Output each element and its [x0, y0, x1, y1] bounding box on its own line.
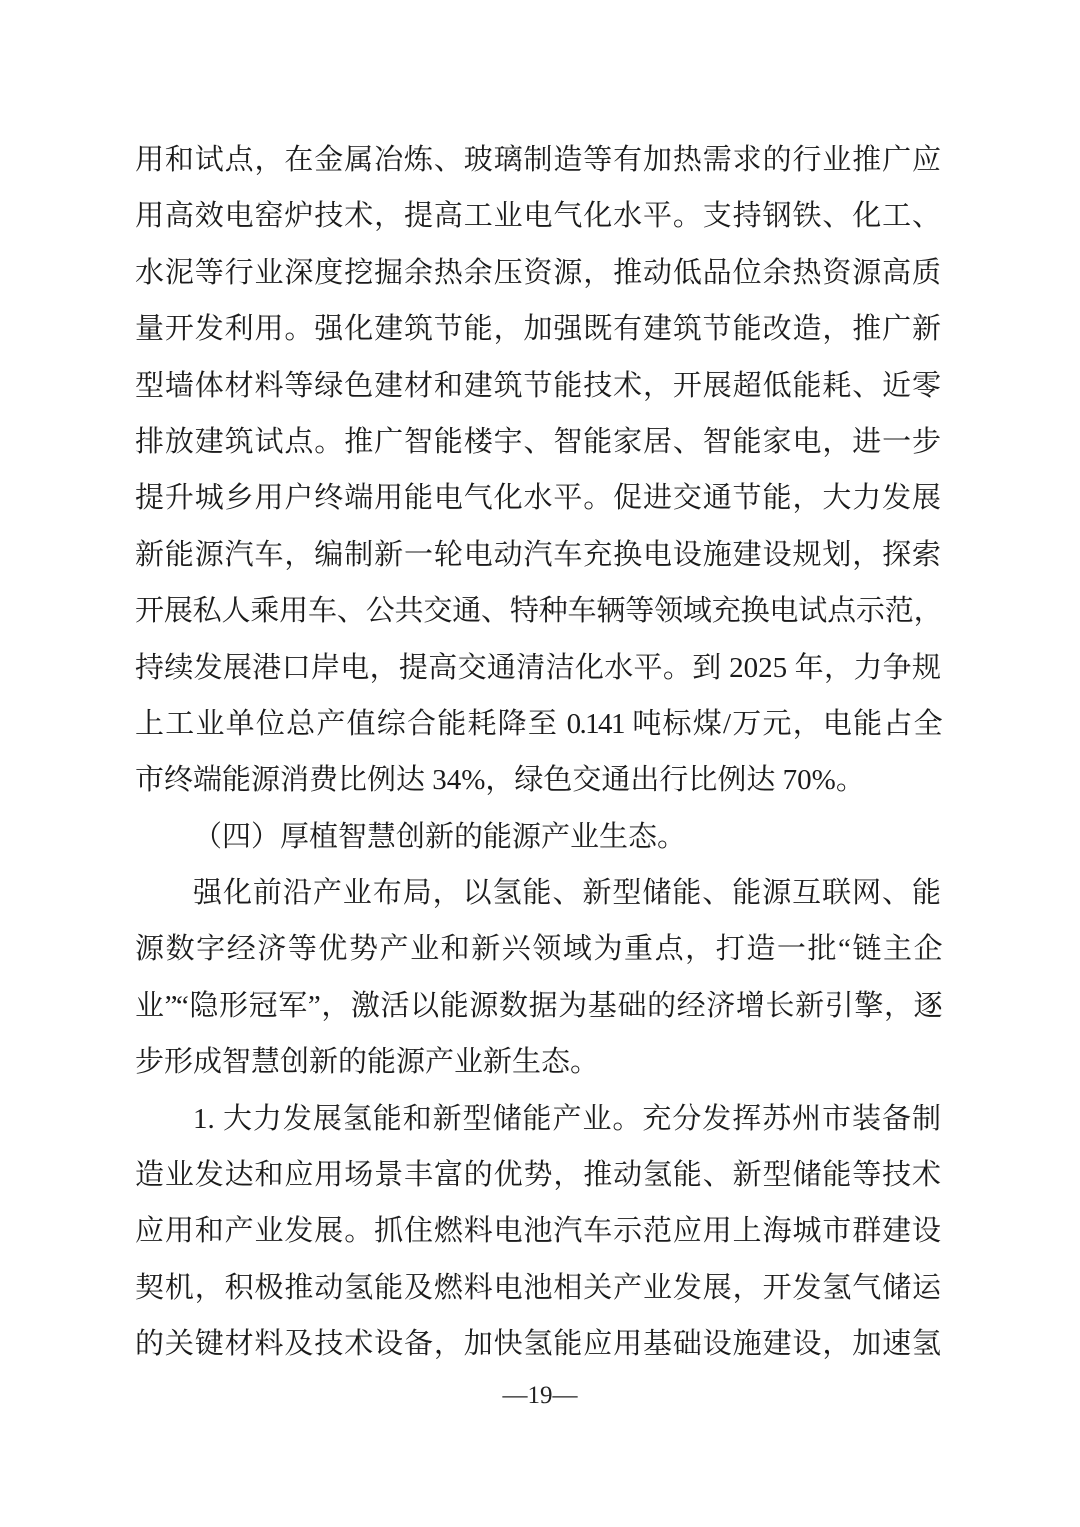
page-number: —19— [0, 1381, 1080, 1411]
text-line: 上工业单位总产值综合能耗降至 0.141 吨标煤/万元，电能占全 [135, 696, 941, 752]
text-line: 量开发利用。强化建筑节能，加强既有建筑节能改造，推广新 [135, 301, 941, 357]
text-line: 开展私人乘用车、公共交通、特种车辆等领域充换电试点示范， [135, 583, 941, 639]
text-line paragraph-start: 强化前沿产业布局，以氢能、新型储能、能源互联网、能 [135, 865, 941, 921]
text-line: 新能源汽车，编制新一轮电动汽车充换电设施建设规划，探索 [135, 527, 941, 583]
text-line: 造业发达和应用场景丰富的优势，推动氢能、新型储能等技术 [135, 1147, 941, 1203]
text-line numbered-item-start: 1. 大力发展氢能和新型储能产业。充分发挥苏州市装备制 [135, 1091, 941, 1147]
section-heading-line: （四）厚植智慧创新的能源产业生态。 [135, 809, 941, 865]
text-line paragraph-end: 步形成智慧创新的能源产业新生态。 [135, 1034, 941, 1090]
numbered-item-title: 1. 大力发展氢能和新型储能产业。 [193, 1103, 642, 1135]
text-line: 源数字经济等优势产业和新兴领域为重点，打造一批“链主企 [135, 921, 941, 977]
text-line: 水泥等行业深度挖掘余热余压资源，推动低品位余热资源高质 [135, 245, 941, 301]
document-body: 用和试点，在金属冶炼、玻璃制造等有加热需求的行业推广应 用高效电窑炉技术，提高工… [135, 132, 941, 1373]
text-line: 用高效电窑炉技术，提高工业电气化水平。支持钢铁、化工、 [135, 188, 941, 244]
text-line: 契机，积极推动氢能及燃料电池相关产业发展，开发氢气储运 [135, 1260, 941, 1316]
text-line: 排放建筑试点。推广智能楼宇、智能家居、智能家电，进一步 [135, 414, 941, 470]
text-line: 持续发展港口岸电，提高交通清洁化水平。到 2025 年，力争规 [135, 640, 941, 696]
text-line paragraph-end: 市终端能源消费比例达 34%，绿色交通出行比例达 70%。 [135, 752, 941, 808]
numbered-item-text: 充分发挥苏州市装备制 [642, 1103, 941, 1135]
document-page: 用和试点，在金属冶炼、玻璃制造等有加热需求的行业推广应 用高效电窑炉技术，提高工… [0, 0, 1080, 1527]
text-line: 应用和产业发展。抓住燃料电池汽车示范应用上海城市群建设 [135, 1203, 941, 1259]
text-line: 提升城乡用户终端用能电气化水平。促进交通节能，大力发展 [135, 470, 941, 526]
text-line: 的关键材料及技术设备，加快氢能应用基础设施建设，加速氢 [135, 1316, 941, 1372]
text-line: 用和试点，在金属冶炼、玻璃制造等有加热需求的行业推广应 [135, 132, 941, 188]
text-line: 业”“隐形冠军”，激活以能源数据为基础的经济增长新引擎，逐 [135, 978, 941, 1034]
text-line: 型墙体材料等绿色建材和建筑节能技术，开展超低能耗、近零 [135, 358, 941, 414]
